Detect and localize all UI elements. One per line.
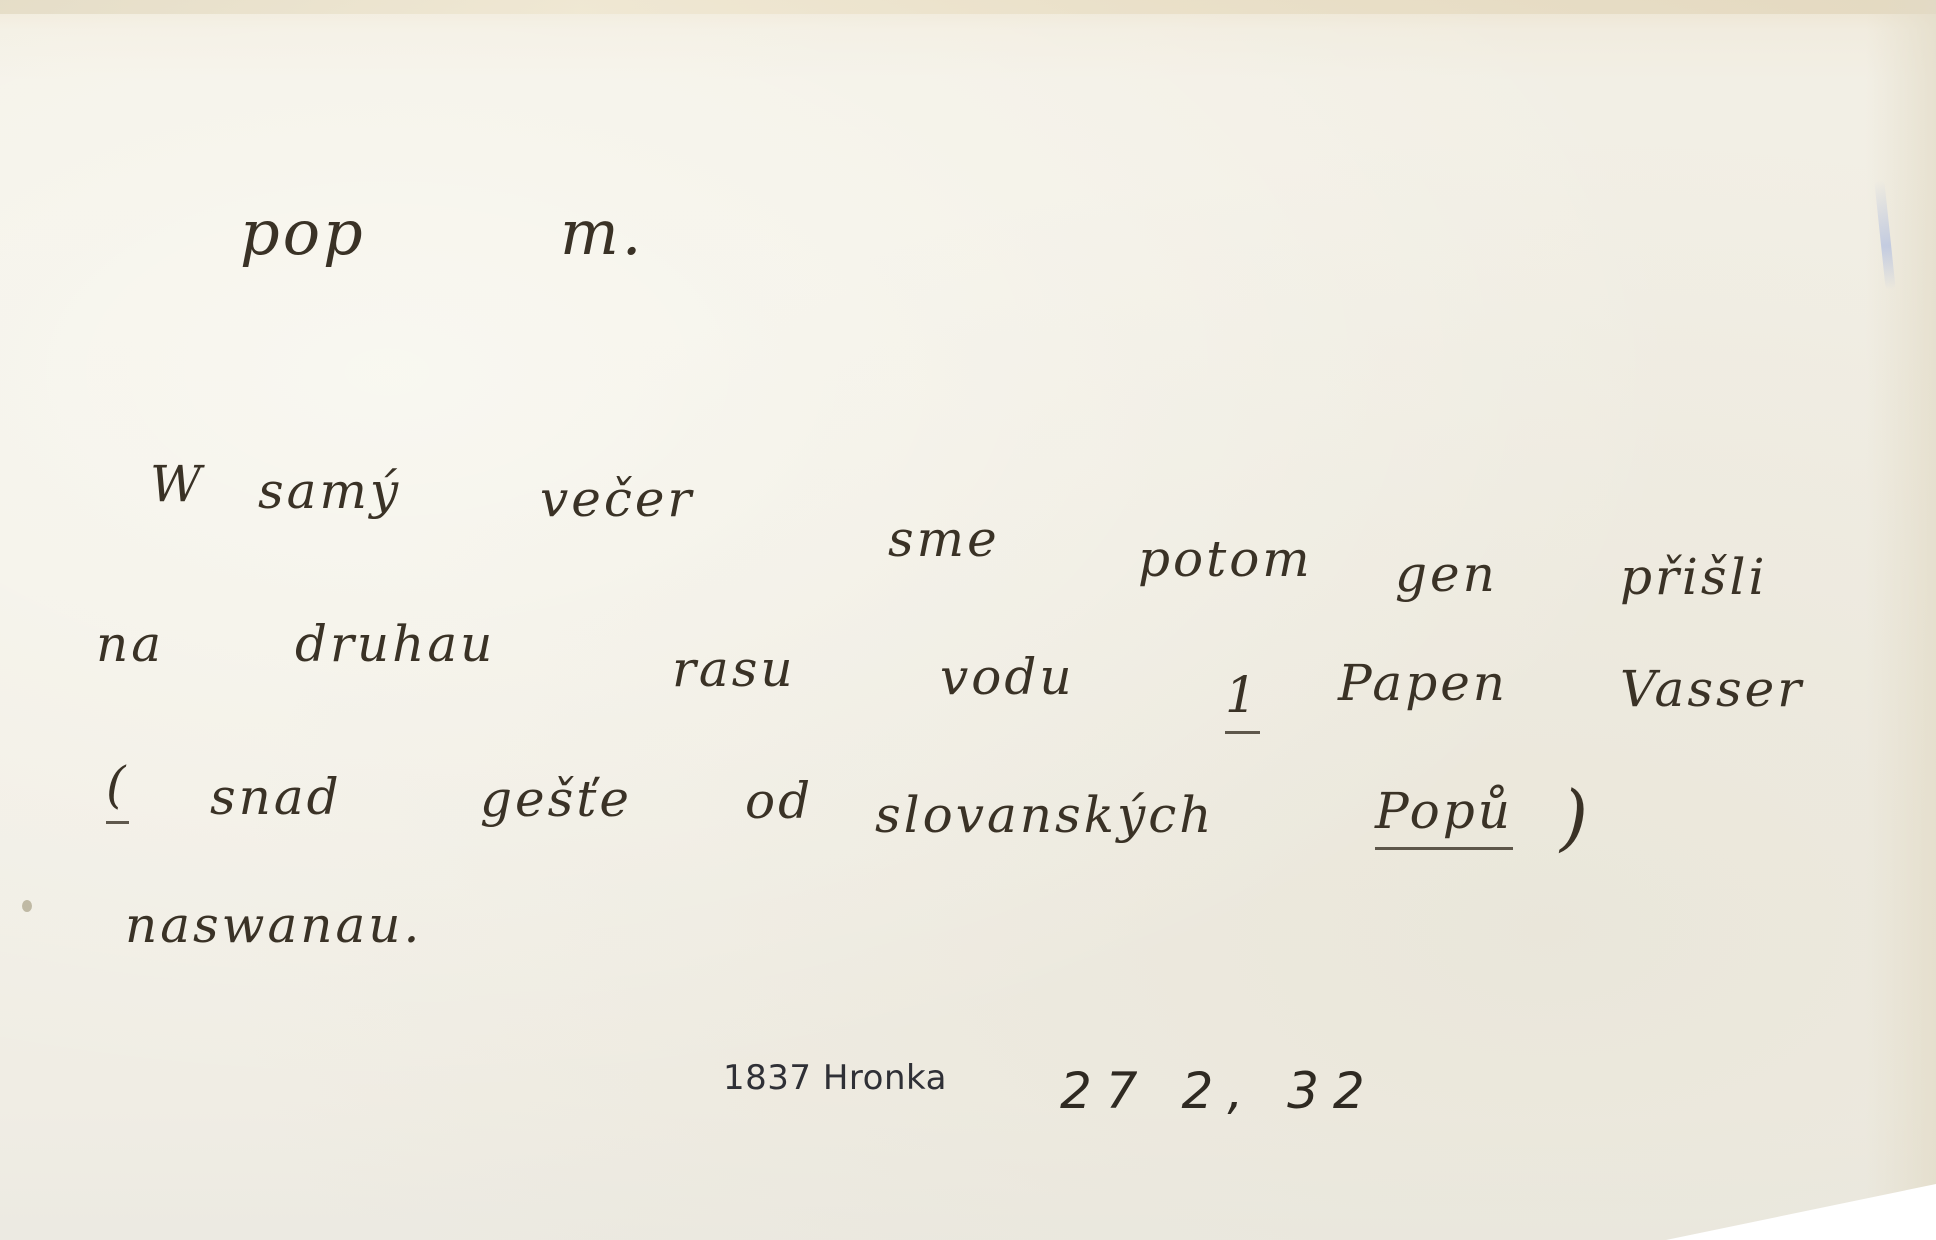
text-word: potom [1138, 530, 1313, 588]
text-word: na [96, 615, 164, 673]
text-word: slovanských [875, 786, 1214, 844]
text-word: W [150, 455, 204, 513]
text-word: sme [888, 510, 1000, 568]
text-word: gešťe [480, 770, 632, 828]
text-word: samý [258, 462, 401, 520]
footnote-marker: 1 [1225, 666, 1260, 724]
text-word: Vasser [1620, 660, 1804, 718]
text-word: druhau [295, 615, 495, 673]
footnote-marker: ( [106, 756, 129, 814]
text-word: rasu [672, 640, 796, 698]
text-word-underlined: Popů [1375, 782, 1513, 840]
text-word: od [745, 772, 813, 830]
paper-stain [22, 900, 32, 912]
archival-card: pop m. W samý večer sme potom gen přišli… [0, 0, 1936, 1240]
text-word: přišli [1620, 548, 1768, 606]
stamp-place: Hronka [823, 1058, 947, 1098]
closing-parenthesis: ) [1560, 775, 1591, 859]
headword: pop [240, 196, 366, 269]
torn-corner [1666, 1184, 1936, 1240]
text-word: Papen [1338, 654, 1508, 712]
text-word: gen [1395, 545, 1498, 603]
text-word: naswanau. [125, 896, 422, 954]
archive-stamp: 1837 Hronka [723, 1058, 947, 1098]
text-word: vodu [940, 648, 1075, 706]
reference-number: 27 2, 32 [1060, 1062, 1379, 1120]
paper-top-edge [0, 0, 1936, 14]
stamp-number: 1837 [723, 1058, 812, 1098]
headword-gender: m. [560, 196, 645, 269]
text-word: večer [540, 470, 694, 528]
text-word: snad [210, 768, 342, 826]
